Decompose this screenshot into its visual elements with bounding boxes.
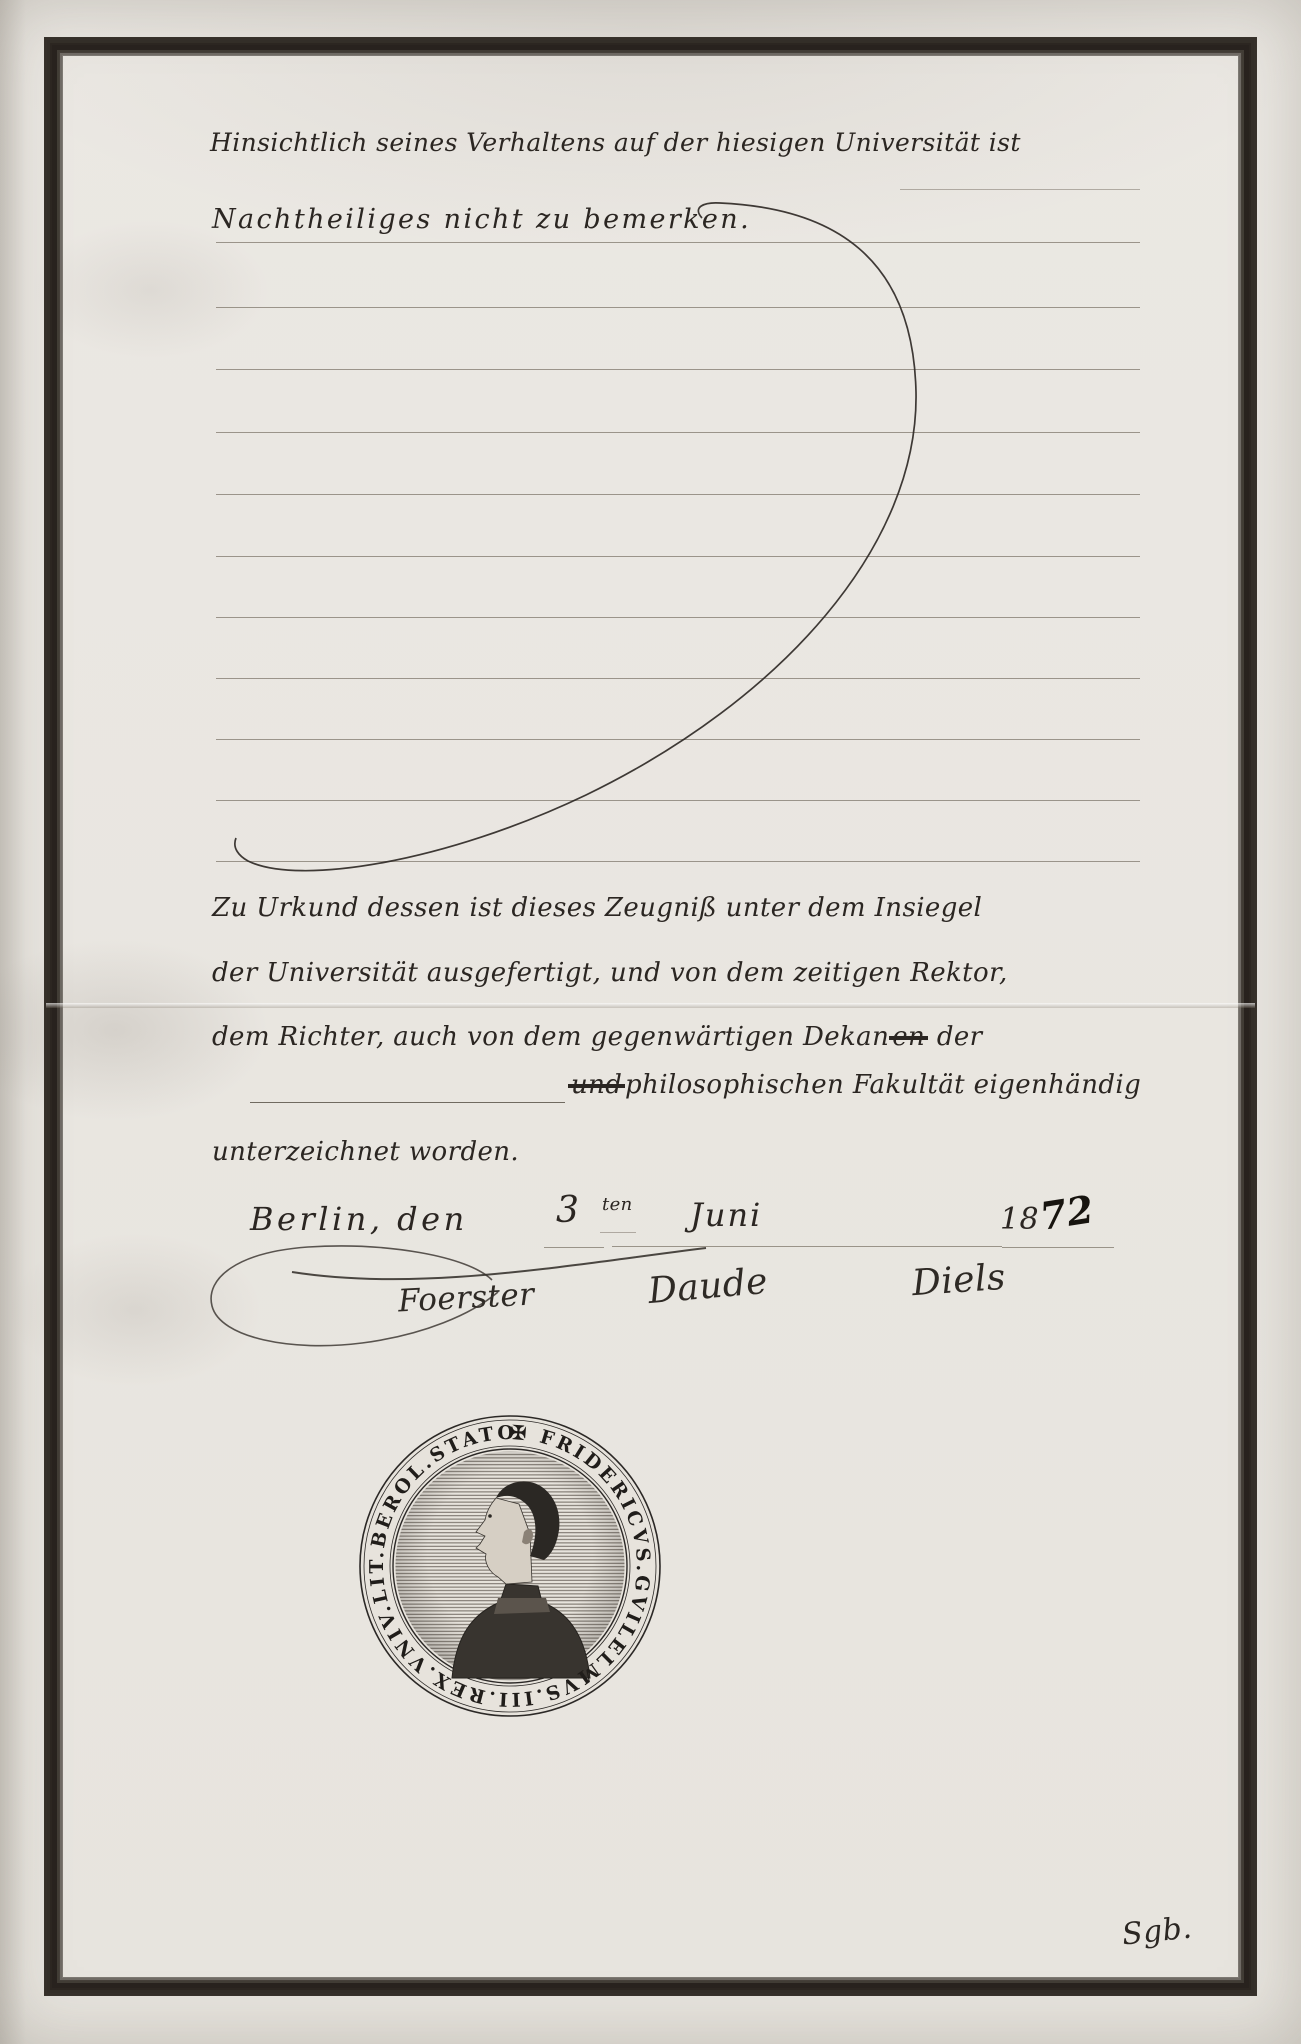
date-day-ordinal: ten bbox=[602, 1194, 633, 1215]
date-underline bbox=[1002, 1247, 1114, 1248]
attestation-line-1: Zu Urkund dessen ist dieses Zeugniß unte… bbox=[212, 893, 982, 923]
ruled-line bbox=[900, 189, 1140, 190]
attestation-line-4: philosophischen Fakultät eigenhändig bbox=[625, 1070, 1141, 1100]
paper-crease bbox=[46, 1003, 1255, 1008]
certificate-page: Hinsichtlich seines Verhaltens auf der h… bbox=[0, 0, 1301, 2044]
date-underline bbox=[612, 1246, 1002, 1247]
attestation-line-3-main: dem Richter, auch von dem gegenwärtigen … bbox=[212, 1022, 889, 1052]
engraved-border-frame bbox=[44, 37, 1257, 1996]
blank-fill-line bbox=[250, 1102, 565, 1103]
attestation-line-2: der Universität ausgefertigt, und von de… bbox=[212, 958, 1008, 988]
ruled-line bbox=[216, 242, 1140, 243]
ruled-line bbox=[216, 494, 1140, 495]
date-month: Juni bbox=[690, 1196, 762, 1234]
attestation-line-5: unterzeichnet worden. bbox=[212, 1137, 519, 1167]
ruled-line bbox=[216, 432, 1140, 433]
ruled-line bbox=[216, 678, 1140, 679]
date-year-written: 72 bbox=[1037, 1186, 1097, 1239]
ruled-line bbox=[216, 307, 1140, 308]
conduct-line-2: Nachtheiliges nicht zu bemerken. bbox=[212, 204, 751, 235]
attestation-line-4-strikethrough: und bbox=[568, 1070, 625, 1100]
ruled-line bbox=[216, 739, 1140, 740]
corner-initials-mark: Sgb. bbox=[1120, 1910, 1193, 1952]
ruled-line bbox=[216, 369, 1140, 370]
attestation-line-3-strikethrough: en bbox=[889, 1022, 928, 1052]
date-place: Berlin, den bbox=[250, 1200, 468, 1238]
date-day: 3 bbox=[556, 1190, 579, 1231]
date-underline bbox=[544, 1247, 604, 1248]
ruled-line bbox=[216, 617, 1140, 618]
attestation-line-3-tail: der bbox=[937, 1022, 983, 1052]
signature-rector: Foerster bbox=[397, 1276, 535, 1319]
signature-dekan: Diels bbox=[911, 1257, 1007, 1304]
ruled-line bbox=[216, 800, 1140, 801]
date-year-prefix: 18 bbox=[1000, 1202, 1039, 1237]
ruled-line bbox=[216, 861, 1140, 862]
date-ordinal-underline bbox=[600, 1232, 636, 1233]
ruled-line bbox=[216, 556, 1140, 557]
conduct-line-1: Hinsichtlich seines Verhaltens auf der h… bbox=[210, 128, 1021, 157]
attestation-line-3: dem Richter, auch von dem gegenwärtigen … bbox=[212, 1022, 983, 1052]
